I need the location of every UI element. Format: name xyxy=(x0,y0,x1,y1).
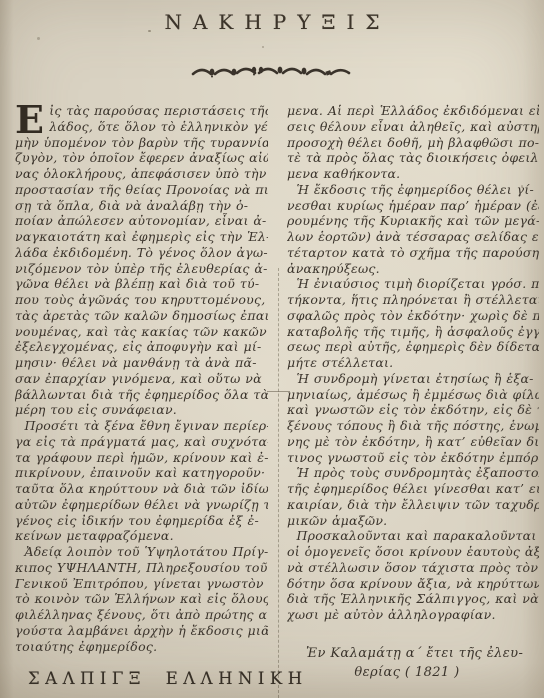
text-line: ρουμένης τῆς Κυριακῆς καὶ τῶν μεγά- xyxy=(287,213,539,229)
text-line: μὴν ὑπομένον τὸν βαρὺν τῆς τυραννίας xyxy=(15,135,268,151)
text-line: τὰς ἀρετὰς τῶν καλῶν δημοσίως ἐπαι- xyxy=(15,308,268,324)
text-line: οἱ ὁμογενεῖς ὅσοι κρίνουν ἑαυτοὺς ἀξίους… xyxy=(287,544,539,560)
text-line: μενα καθήκοντα. xyxy=(287,166,539,182)
text-line: καιρίαν, διὰ τὴν ἔλλειψιν τῶν ταχυδρο- xyxy=(287,497,539,513)
paper-speck xyxy=(148,30,151,32)
text-line: καὶ γνωστῶν εἰς τὸν ἐκδότην, εἰς δὲ τοὺς xyxy=(287,402,539,418)
text-line: γα εἰς τὰ πράγματά μας, καὶ συχνότα- xyxy=(15,434,268,450)
text-line: γένος εἰς ἰδικήν του ἐφημερίδα ἐξ ἐ- xyxy=(15,513,268,529)
vine-squiggle-divider-icon xyxy=(0,63,544,85)
text-line: νιζόμενον τὸν ὑπὲρ τῆς ἐλευθερίας ἀ- xyxy=(15,261,268,277)
paper-speck xyxy=(262,46,264,48)
text-line: μήτε στέλλεται. xyxy=(287,355,539,371)
text-line: νας ὁλοκλήρους, ἀπεφάσισεν ὑπὸ τὴν xyxy=(15,166,268,182)
text-line: τοιαύτης ἐφημερίδος. xyxy=(15,639,268,655)
text-line: ἀνακηρύξεως. xyxy=(287,261,539,277)
text-line: μηνιαίως, ἀμέσως ἢ ἐμμέσως διὰ φίλων xyxy=(287,387,539,403)
text-line: Ἡ ἔκδοσις τῆς ἐφημερίδος θέλει γί- xyxy=(287,182,539,198)
text-line: προστασίαν τῆς θείας Προνοίας νὰ πιά- xyxy=(15,182,268,198)
text-line: τὲ τὰ πρὸς ὅλας τὰς διοικήσεις ὀφειλό- xyxy=(287,150,539,166)
text-line: κείνων μεταφραζόμενα. xyxy=(15,528,268,544)
text-line: μικῶν ἁμαξῶν. xyxy=(287,513,539,529)
text-line: νὰ στέλλωσιν ὅσον τάχιστα πρὸς τὸν ἐκ- xyxy=(287,560,539,576)
text-line: σεις θέλουν εἶναι ἀληθεῖς, καὶ αὐστηρὰ xyxy=(287,119,539,135)
text-line: γῶνα θέλει νὰ βλέπῃ καὶ διὰ τοῦ τύ- xyxy=(15,276,268,292)
text-line: λάδα ἐκδιδομένη. Τὸ γένος ὅλον ἀγω- xyxy=(15,245,268,261)
text-line: τήκοντα, ἥτις πληρόνεται ἢ στέλλεται ἀ- xyxy=(287,292,539,308)
text-line: κιπος ΥΨΗΛΑΝΤΗ, Πληρεξουσίου τοῦ xyxy=(15,560,268,576)
text-line: ἰς τὰς παρούσας περιστάσεις τῆς Ἑλ- xyxy=(49,103,268,119)
text-line: τῆς ἐφημερίδος θέλει γίνεσθαι κατ’ εὐ- xyxy=(287,481,539,497)
masthead-title: ΣΑΛΠΙΓΞ ΕΛΛΗΝΙΚΗ xyxy=(28,669,308,688)
text-line: λων ἑορτῶν) ἀνὰ τέσσαρας σελίδας εἰς xyxy=(287,229,539,245)
colophon-place-date: Ἐν Καλαμάτῃ α΄ ἔτει τῆς ἐλευ- xyxy=(292,644,522,663)
text-line: σῃ τὰ ὅπλα, διὰ νὰ ἀναλάβῃ τὴν ὁ- xyxy=(15,198,268,214)
text-line: Ἡ πρὸς τοὺς συνδρομητὰς ἐξαποστολὴ xyxy=(287,465,539,481)
right-column-text: μενα. Αἱ περὶ Ἑλλάδος ἐκδιδόμεναι εἰδή-σ… xyxy=(287,103,539,623)
text-line: αὐτῶν ἐφημερίδων θέλει νὰ γνωρίζῃ τὸ xyxy=(15,497,268,513)
colophon-year: θερίας ( 1821 ) xyxy=(292,663,522,682)
text-line: Προσκαλοῦνται καὶ παρακαλοῦνται ὅλοι xyxy=(287,528,539,544)
text-line: μενα. Αἱ περὶ Ἑλλάδος ἐκδιδόμεναι εἰδή- xyxy=(287,103,539,119)
right-column: μενα. Αἱ περὶ Ἑλλάδος ἐκδιδόμεναι εἰδή-σ… xyxy=(287,103,539,623)
text-line: τέταρτον κατὰ τὸ σχῆμα τῆς παρούσης xyxy=(287,245,539,261)
text-line: φιλέλληνας ξένους, ὅτι ἀπὸ πρώτης αὐ- xyxy=(15,607,268,623)
drop-cap: Ε xyxy=(15,105,44,134)
text-line: χωσι μὲ αὐτὸν ἀλληλογραφίαν. xyxy=(287,607,539,623)
text-line: σφαλῶς πρὸς τὸν ἐκδότην· χωρὶς δὲ προ- xyxy=(287,308,539,324)
text-line: Ἡ συνδρομὴ γίνεται ἐτησίως ἢ ἑξα- xyxy=(287,371,539,387)
text-line: νης μὲ τὸν ἐκδότην, ἢ κατ’ εὐθεῖαν διά xyxy=(287,434,539,450)
text-line: τινος γνωστοῦ εἰς τὸν ἐκδότην ἐμπόρου. xyxy=(287,450,539,466)
left-column: Ε ἰς τὰς παρούσας περιστάσεις τῆς Ἑλ-λάδ… xyxy=(15,103,268,654)
text-line: Γενικοῦ Ἐπιτρόπου, γίνεται γνωστὸν εἰς xyxy=(15,576,268,592)
text-line: Ἀδείᾳ λοιπὸν τοῦ Ὑψηλοτάτου Πρίγ- xyxy=(15,544,268,560)
text-line: βάλλωνται διὰ τῆς ἐφημερίδος ὅλα τὰ xyxy=(15,387,268,403)
text-line: γούστα λαμβάνει ἀρχὴν ἡ ἔκδοσις μιᾶς xyxy=(15,623,268,639)
text-line: σαν ἐπαρχίαν γινόμενα, καὶ οὕτω νὰ xyxy=(15,371,268,387)
text-line: τα γράφουν περὶ ἡμῶν, κρίνουν καὶ ἐ- xyxy=(15,450,268,466)
document-page: ΝΑΚΗΡΥΞΙΣ xyxy=(0,0,544,698)
column-rule-tick xyxy=(267,391,290,392)
text-line: σεως περὶ αὐτῆς, ἐφημερὶς δὲν δίδεται, xyxy=(287,339,539,355)
text-line: διὰ τῆς Ἑλληνικῆς Σάλπιγγος, καὶ νὰ ἔ- xyxy=(287,591,539,607)
text-line: προσοχὴ θέλει δοθῆ, μὴ βλαφθῶσι πο- xyxy=(287,135,539,151)
text-line: μέρη του εἰς συνάφειαν. xyxy=(15,402,268,418)
text-line: ζυγὸν, τὸν ὁποῖον ἔφερεν ἀναξίως αἰῶ- xyxy=(15,150,268,166)
text-line: Προσέτι τὰ ξένα ἔθνη ἔγιναν περίερ- xyxy=(15,418,268,434)
paper-speck xyxy=(521,185,523,188)
page-title: ΝΑΚΗΡΥΞΙΣ xyxy=(0,10,544,34)
text-line: δότην ὅσα κρίνουν ἄξια, νὰ κηρύττωνται xyxy=(287,576,539,592)
text-line: νουμένας, καὶ τὰς κακίας τῶν κακῶν xyxy=(15,324,268,340)
text-line: ναγκαιοτάτη καὶ ἐφημερὶς εἰς τὴν Ἑλ- xyxy=(15,229,268,245)
text-line: καταβολῆς τῆς τιμῆς, ἢ ἀσφαλοῦς ἐγγυή- xyxy=(287,324,539,340)
text-line: λάδος, ὅτε ὅλον τὸ ἑλληνικὸν γένος, xyxy=(49,119,268,135)
text-line: ἐξελεγχομένας, εἰς ἀποφυγὴν καὶ μί- xyxy=(15,339,268,355)
text-line: που τοὺς ἀγῶνάς του κηρυττομένους, xyxy=(15,292,268,308)
colophon: Ἐν Καλαμάτῃ α΄ ἔτει τῆς ἐλευ- θερίας ( 1… xyxy=(292,644,522,682)
text-line: τὸ κοινὸν τῶν Ἑλλήνων καὶ εἰς ὅλους τοὺς xyxy=(15,591,268,607)
paper-speck xyxy=(37,37,40,40)
text-line: ξένους τόπους ἢ διὰ τῆς πόστης, ἑνωμέ- xyxy=(287,418,539,434)
text-line: ποίαν ἀπώλεσεν αὐτονομίαν, εἶναι ἀ- xyxy=(15,213,268,229)
column-rule xyxy=(278,268,279,698)
text-line: Ἡ ἐνιαύσιος τιμὴ διορίζεται γρόσ. πεν- xyxy=(287,276,539,292)
text-line: νεσθαι κυρίως ἡμέραν παρ’ ἡμέραν (ἐξαι- xyxy=(287,198,539,214)
text-line: μησιν· θέλει νὰ μανθάνῃ τὰ ἀνὰ πᾶ- xyxy=(15,355,268,371)
text-line: ταῦτα ὅλα κηρύττουν νὰ διὰ τῶν ἰδίων xyxy=(15,481,268,497)
left-column-text: ἰς τὰς παρούσας περιστάσεις τῆς Ἑλ-λάδος… xyxy=(15,103,268,654)
text-line: πικρίνουν, ἐπαινοῦν καὶ κατηγοροῦν· καὶ xyxy=(15,465,268,481)
